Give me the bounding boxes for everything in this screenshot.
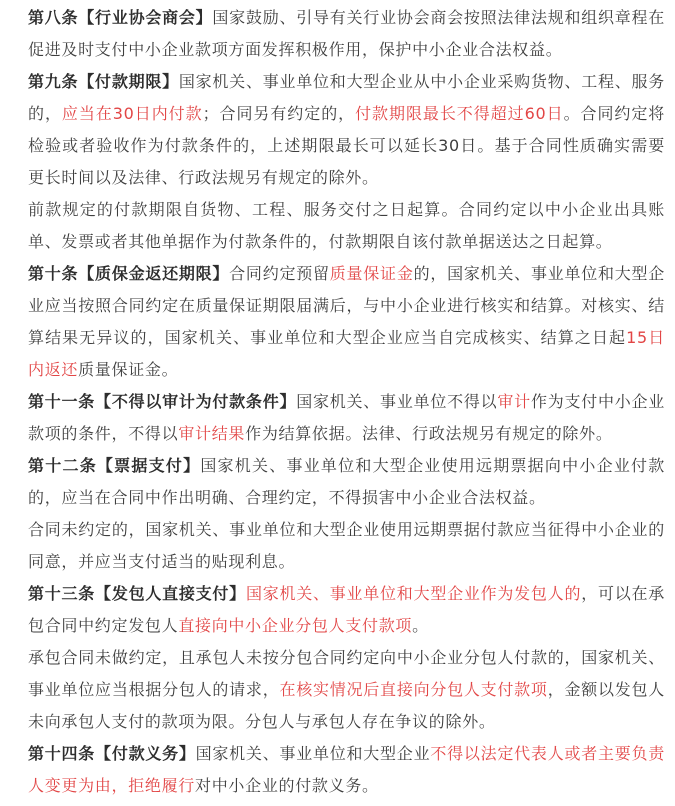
body-text: 国家机关、事业单位不得以 <box>296 392 497 411</box>
highlighted-text: 审计结果 <box>178 424 245 443</box>
paragraph-article-10: 第十条【质保金返还期限】合同约定预留质量保证金的，国家机关、事业单位和大型企业应… <box>28 258 665 386</box>
paragraph-article-9: 第九条【付款期限】国家机关、事业单位和大型企业从中小企业采购货物、工程、服务的，… <box>28 66 665 194</box>
paragraph-article-14: 第十四条【付款义务】国家机关、事业单位和大型企业不得以法定代表人或者主要负责人变… <box>28 738 665 802</box>
highlighted-text: 付款期限最长不得超过60日 <box>355 104 563 123</box>
highlighted-text: 国家机关、事业单位和大型企业作为发包人的 <box>246 584 581 603</box>
highlighted-text: 审计 <box>497 392 531 411</box>
paragraph-article-11: 第十一条【不得以审计为付款条件】国家机关、事业单位不得以审计作为支付中小企业款项… <box>28 386 665 450</box>
body-text: 作为结算依据。法律、行政法规另有规定的除外。 <box>245 424 612 443</box>
article-heading: 第八条【行业协会商会】 <box>28 8 212 27</box>
body-text: 对中小企业的付款义务。 <box>195 776 379 795</box>
article-heading: 第十二条【票据支付】 <box>28 456 200 475</box>
highlighted-text: 质量保证金 <box>330 264 414 283</box>
paragraph-article-12: 第十二条【票据支付】国家机关、事业单位和大型企业使用远期票据向中小企业付款的，应… <box>28 450 665 514</box>
paragraph-article-9-para-2: 前款规定的付款期限自货物、工程、服务交付之日起算。合同约定以中小企业出具账单、发… <box>28 194 665 258</box>
paragraph-article-13: 第十三条【发包人直接支付】国家机关、事业单位和大型企业作为发包人的，可以在承包合… <box>28 578 665 642</box>
body-text: 质量保证金。 <box>78 360 178 379</box>
body-text: 。 <box>412 616 429 635</box>
paragraph-article-13-para-2: 承包合同未做约定，且承包人未按分包合同约定向中小企业分包人付款的，国家机关、事业… <box>28 642 665 738</box>
highlighted-text: 直接向中小企业分包人支付款项 <box>178 616 412 635</box>
highlighted-text: 在核实情况后直接向分包人支付款项 <box>279 680 547 699</box>
body-text: 合同约定预留 <box>229 264 330 283</box>
article-heading: 第十四条【付款义务】 <box>28 744 196 763</box>
article-heading: 第九条【付款期限】 <box>28 72 179 91</box>
body-text: 国家机关、事业单位和大型企业 <box>196 744 431 763</box>
body-text: ；合同另有约定的， <box>203 104 356 123</box>
paragraph-article-12-para-2: 合同未约定的，国家机关、事业单位和大型企业使用远期票据付款应当征得中小企业的同意… <box>28 514 665 578</box>
article-heading: 第十一条【不得以审计为付款条件】 <box>28 392 296 411</box>
highlighted-text: 应当在30日内付款 <box>62 104 203 123</box>
article-heading: 第十三条【发包人直接支付】 <box>28 584 246 603</box>
body-text: 合同未约定的，国家机关、事业单位和大型企业使用远期票据付款应当征得中小企业的同意… <box>28 520 665 571</box>
legal-document-body: 第八条【行业协会商会】国家鼓励、引导有关行业协会商会按照法律法规和组织章程在促进… <box>0 0 675 806</box>
body-text: 前款规定的付款期限自货物、工程、服务交付之日起算。合同约定以中小企业出具账单、发… <box>28 200 665 251</box>
paragraph-article-8: 第八条【行业协会商会】国家鼓励、引导有关行业协会商会按照法律法规和组织章程在促进… <box>28 2 665 66</box>
article-heading: 第十条【质保金返还期限】 <box>28 264 229 283</box>
